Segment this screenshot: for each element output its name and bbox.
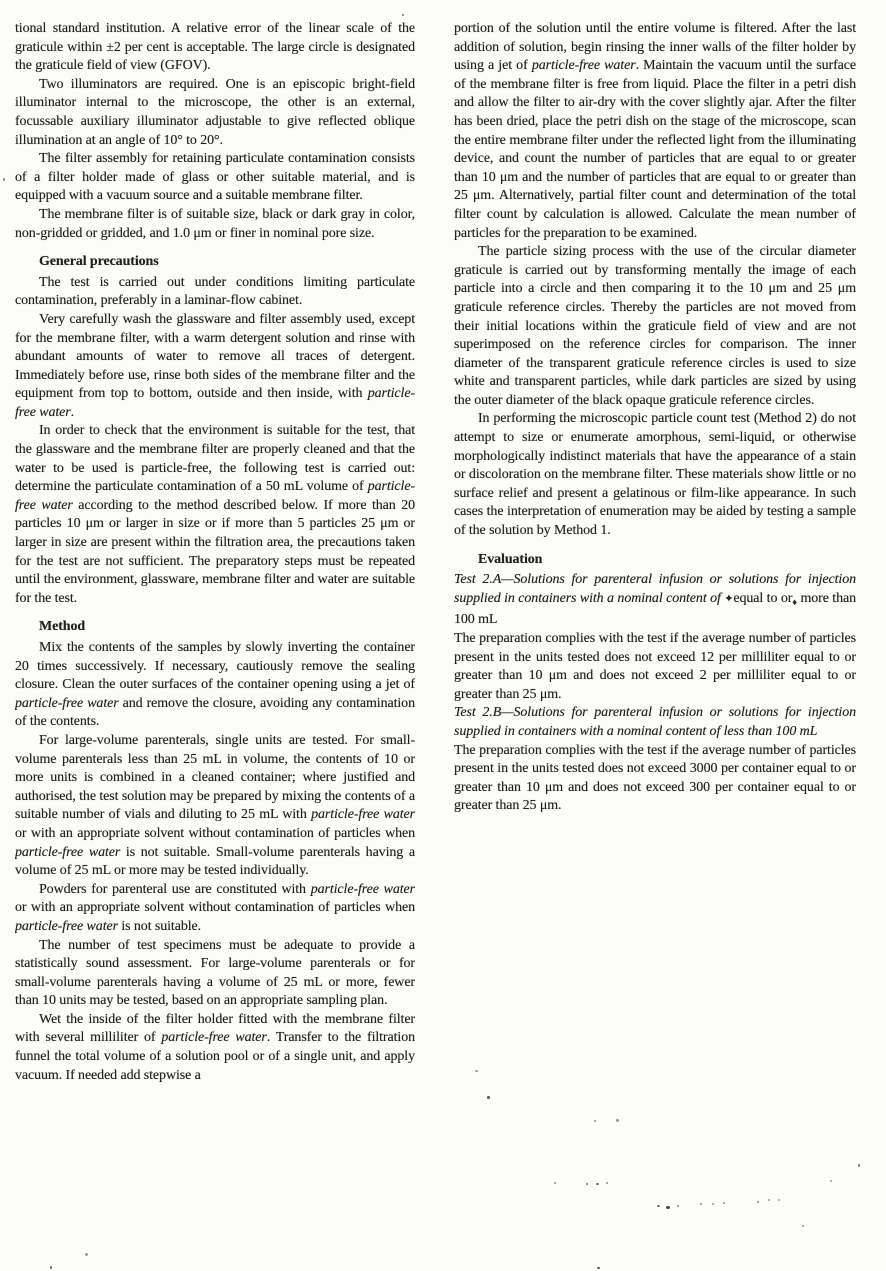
section-heading: Evaluation (454, 551, 856, 570)
paragraph: The membrane filter is of suitable size,… (15, 206, 415, 243)
scan-speck (50, 1266, 52, 1269)
paragraph: The preparation complies with the test i… (454, 742, 856, 816)
scan-speck (657, 1205, 660, 1207)
scan-speck (594, 1120, 596, 1122)
scan-speck (723, 1202, 725, 1204)
scan-speck (757, 1201, 759, 1203)
scan-speck (586, 1183, 588, 1185)
scan-speck (85, 1253, 88, 1256)
scan-speck (475, 1070, 478, 1072)
section-heading: Method (15, 618, 415, 637)
paragraph: The filter assembly for retaining partic… (15, 150, 415, 206)
paragraph: Wet the inside of the filter holder fitt… (15, 1011, 415, 1085)
paragraph: In order to check that the environment i… (15, 422, 415, 608)
scan-speck (3, 178, 5, 181)
scan-speck (677, 1205, 679, 1207)
scan-speck (858, 1164, 860, 1167)
scan-speck (596, 1183, 599, 1185)
scan-speck (616, 1119, 619, 1122)
test-title: Test 2.A—Solutions for parenteral infusi… (454, 571, 856, 630)
scan-speck (554, 1182, 556, 1184)
scan-speck (778, 1199, 780, 1201)
test-title: Test 2.B—Solutions for parenteral infusi… (454, 704, 856, 741)
paragraph: Two illuminators are required. One is an… (15, 76, 415, 150)
paragraph: Very carefully wash the glassware and fi… (15, 311, 415, 423)
scan-speck (700, 1203, 702, 1205)
scan-speck (597, 1267, 600, 1269)
scan-speck (830, 1180, 832, 1182)
paragraph: The particle sizing process with the use… (454, 243, 856, 410)
paragraph: In performing the microscopic particle c… (454, 410, 856, 540)
scan-speck (666, 1206, 670, 1209)
text-column-left: tional standard institution. A relative … (15, 20, 415, 1265)
scan-speck (402, 14, 404, 16)
paragraph: portion of the solution until the entire… (454, 20, 856, 243)
text-column-right: portion of the solution until the entire… (454, 20, 856, 1265)
scan-speck (768, 1199, 770, 1201)
section-heading: General precautions (15, 253, 415, 272)
paragraph: The test is carried out under conditions… (15, 274, 415, 311)
paragraph: For large-volume parenterals, single uni… (15, 732, 415, 881)
scan-speck (487, 1096, 490, 1099)
scan-speck (606, 1182, 608, 1184)
paragraph: Mix the contents of the samples by slowl… (15, 639, 415, 732)
paragraph: Powders for parenteral use are constitut… (15, 881, 415, 937)
document-page: tional standard institution. A relative … (0, 0, 886, 1271)
scan-speck (802, 1225, 804, 1227)
scan-speck (712, 1203, 714, 1205)
paragraph: The preparation complies with the test i… (454, 630, 856, 704)
paragraph: The number of test specimens must be ade… (15, 937, 415, 1011)
paragraph: tional standard institution. A relative … (15, 20, 415, 76)
